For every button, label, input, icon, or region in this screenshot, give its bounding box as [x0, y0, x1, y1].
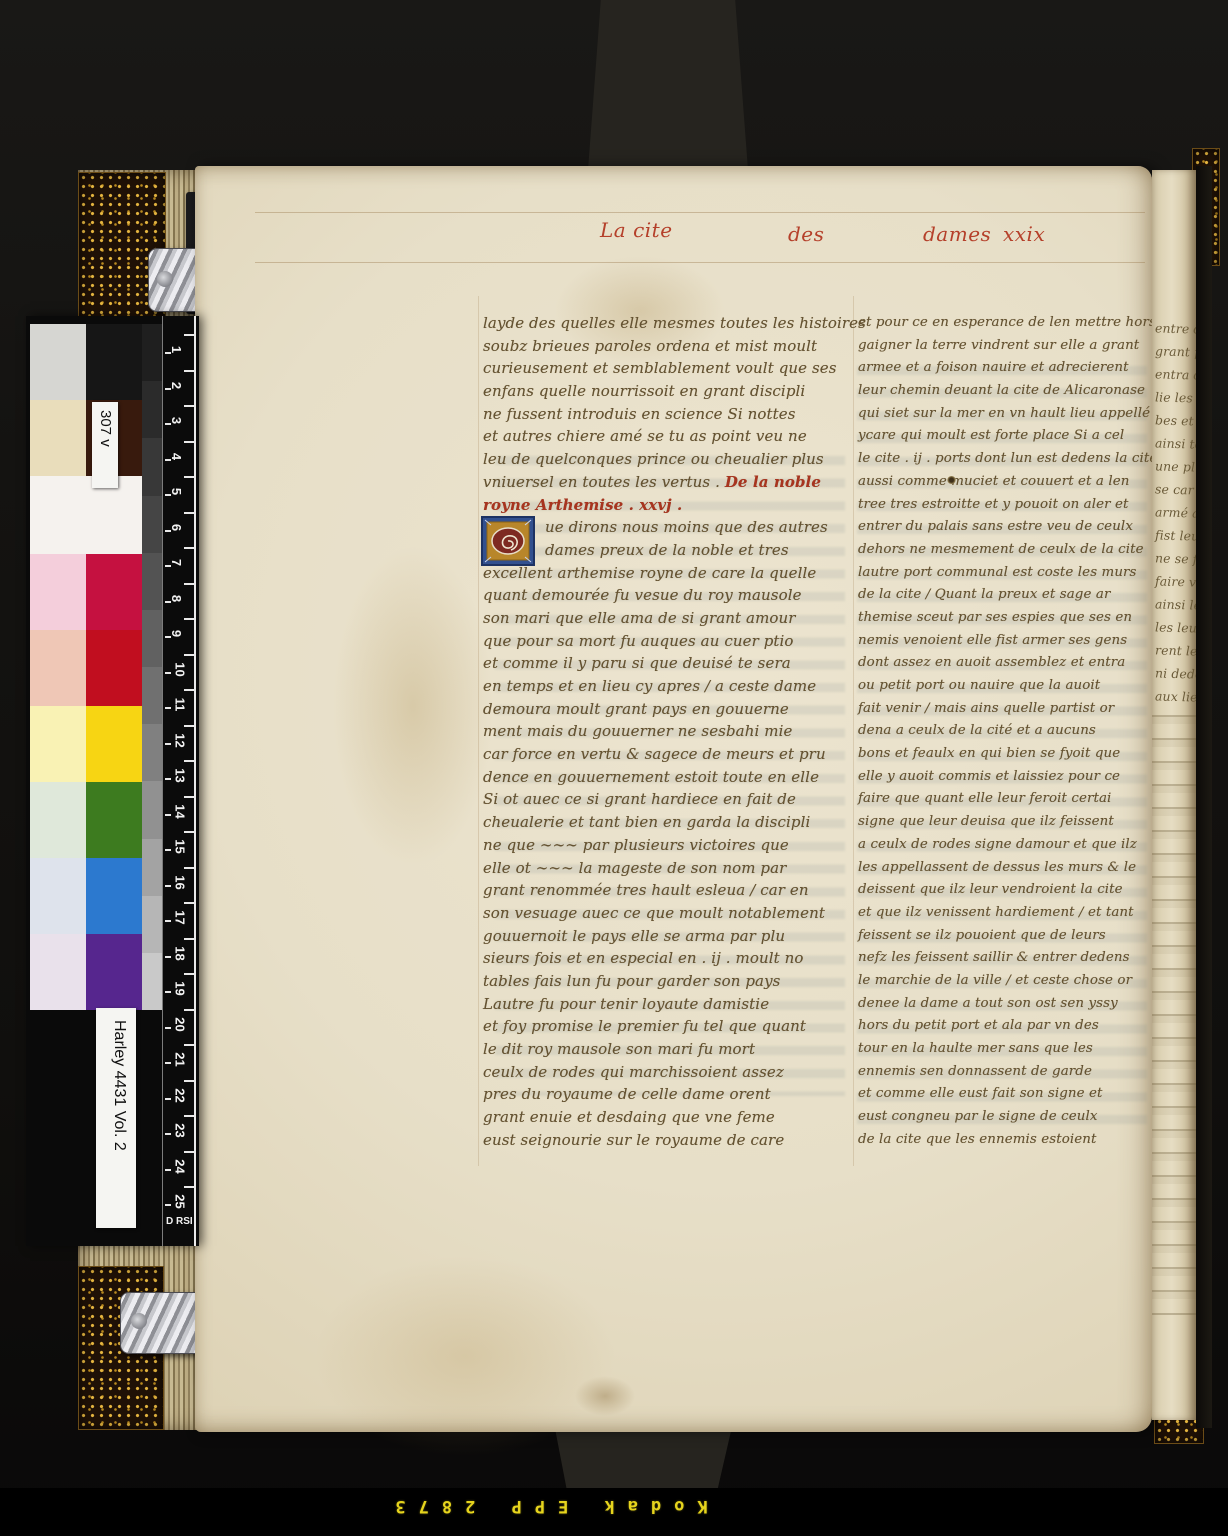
ruler-tick: [165, 1169, 171, 1171]
ruler-number: 22: [173, 1088, 188, 1102]
ruling-line: [255, 212, 1145, 213]
ruler-tick: [165, 1133, 171, 1135]
rubric-inline: De la noble: [725, 473, 821, 491]
ruler-tick: [165, 920, 171, 922]
fragment-line: lie les rodes de r: [1155, 385, 1196, 409]
ruler-tick: [165, 352, 171, 354]
text-line: bons et feaulx en qui bien se fyoit que: [858, 743, 1156, 766]
color-patch-red: [86, 630, 142, 706]
text-line: les appellassent de dessus les murs & le: [858, 857, 1156, 880]
ruler-number: 3: [169, 417, 184, 424]
color-patch-purple: [86, 934, 142, 1010]
text-line: et que ilz venissent hardiement / et tan…: [858, 902, 1156, 925]
text-line: et comme il y paru si que deuisé te sera: [483, 652, 861, 675]
parchment-stain: [333, 546, 493, 866]
ruler-number: 25: [173, 1194, 188, 1208]
fragment-line: ne se fussent leu: [1155, 546, 1196, 570]
ruler-number: 20: [173, 1017, 188, 1031]
fragment-line: fist leuer en hau: [1155, 523, 1196, 547]
text-line: enfans quelle nourrissoit en grant disci…: [483, 380, 861, 403]
ruler-number: 12: [173, 733, 188, 747]
grayscale-step: [142, 381, 162, 439]
text-line: en temps et en lieu cy apres / a ceste d…: [483, 675, 861, 698]
ruler-tick: [165, 601, 171, 603]
text-line: dames preux de la noble et tres: [483, 539, 861, 562]
ruler-tick: [184, 867, 194, 869]
fragment-line: entre dedens ta: [1155, 316, 1196, 340]
ruler-number: 7: [169, 559, 184, 566]
text-line: tables fais lun fu pour garder son pays: [483, 970, 861, 993]
text-line: ue dirons nous moins que des autres: [483, 516, 861, 539]
color-patch-pale-yellow: [30, 706, 86, 782]
text-line: qui siet sur la mer en vn hault lieu app…: [858, 403, 1156, 426]
text-line: ennemis sen donnassent de garde: [858, 1061, 1156, 1084]
ruler-number: 13: [173, 768, 188, 782]
ruler-scale: 1234567891011121314151617181920212223242…: [163, 316, 199, 1246]
next-folio-text-texture: [1152, 715, 1196, 1315]
text-line: nefz les feissent saillir & entrer deden…: [858, 947, 1156, 970]
text-line: eust congneu par le signe de ceulx: [858, 1106, 1156, 1129]
ruler-number: 1: [169, 346, 184, 353]
ruler-tick: [184, 1080, 194, 1082]
color-patch-cream: [30, 400, 86, 476]
text-line: grant enuie et desdaing que vne feme: [483, 1106, 861, 1129]
text-column-1: layde des quelles elle mesmes toutes les…: [483, 312, 861, 1151]
ruler-tick: [165, 1098, 171, 1100]
gutter-shadow: [1196, 166, 1212, 1428]
ruler-tick: [165, 1027, 171, 1029]
shelfmark-label-text: Harley 4431 Vol. 2: [110, 1020, 128, 1151]
text-line: leur chemin deuant la cite de Alicaronas…: [858, 380, 1156, 403]
ruler-tick: [184, 476, 194, 478]
color-bar-patches: [30, 324, 142, 1010]
shelfmark-label: Harley 4431 Vol. 2: [96, 1008, 136, 1228]
ruler-tick: [184, 938, 194, 940]
ruler-tick: [165, 707, 171, 709]
folio-label: 307 v: [92, 402, 118, 488]
ruler-number: 18: [173, 946, 188, 960]
text-line: Si ot auec ce si grant hardiece en fait …: [483, 788, 861, 811]
ruler-tick: [184, 334, 194, 336]
ruler-tick: [184, 796, 194, 798]
ruler-tick: [184, 405, 194, 407]
text-line: excellent arthemise royne de care la que…: [483, 562, 861, 585]
ruler-tick: [165, 1062, 171, 1064]
grayscale-step: [142, 667, 162, 725]
ruler-tick: [184, 618, 194, 620]
ruler-tick: [165, 388, 171, 390]
text-line: et foy promise le premier fu tel que qua…: [483, 1015, 861, 1038]
text-line: nemis venoient elle fist armer ses gens: [858, 630, 1156, 653]
fragment-line: une plus gran: [1155, 454, 1196, 478]
ruler-number: 11: [172, 698, 187, 712]
ruler-tick: [184, 1151, 194, 1153]
text-line: cheualerie et tant bien en garda la disc…: [483, 811, 861, 834]
color-patch-pale-green: [30, 782, 86, 858]
parchment-stain: [575, 1376, 635, 1416]
ruler-tick: [184, 1186, 194, 1188]
text-line: le cite . ij . ports dont lun est dedens…: [858, 448, 1156, 471]
fragment-line: ainsi tous les: [1155, 431, 1196, 455]
fragment-line: rent leur port: [1155, 638, 1196, 662]
text-line: denee la dame a tout son ost sen yssy: [858, 993, 1156, 1016]
text-line: tree tres estroitte et y pouoit on aler …: [858, 494, 1156, 517]
ruler-tick: [184, 760, 194, 762]
ruler-tick: [165, 778, 171, 780]
text-line: themise sceut par ses espies que ses en: [858, 607, 1156, 630]
photo-backdrop: La cite des dames xxix layde des quelles…: [0, 0, 1228, 1536]
ruler-tick: [165, 849, 171, 851]
ruler-tick: [184, 370, 194, 372]
ruler-number: 17: [173, 910, 188, 924]
ruler-number: 19: [173, 981, 188, 995]
text-line: car force en vertu & sagece de meurs et …: [483, 743, 861, 766]
text-line: son mari que elle ama de si grant amour: [483, 607, 861, 630]
ruler-number: 8: [169, 594, 184, 601]
text-line: quant demourée fu vesue du roy mausole: [483, 584, 861, 607]
ruling-line: [255, 262, 1145, 263]
color-patch-pale-blue: [30, 858, 86, 934]
ruler-number: 4: [169, 452, 184, 459]
ruler-number: 21: [173, 1052, 188, 1066]
clip-screw-icon: [131, 1313, 147, 1329]
text-line: elle y auoit commis et laissiez pour ce: [858, 766, 1156, 789]
ruler-tick: [184, 441, 194, 443]
text-line: ycare qui moult est forte place Si a cel: [858, 425, 1156, 448]
rubric-line: royne Arthemise . xxvj .: [483, 494, 861, 517]
text-line: hors du petit port et ala par vn des: [858, 1015, 1156, 1038]
text-line: soubz brieues paroles ordena et mist mou…: [483, 335, 861, 358]
text-line: faire que quant elle leur feroit certai: [858, 788, 1156, 811]
ruler-tick: [184, 973, 194, 975]
ruler-tick: [184, 831, 194, 833]
text-line: ou petit port ou nauire que la auoit: [858, 675, 1156, 698]
ruler-tick: [184, 583, 194, 585]
ruler-tick: [184, 654, 194, 656]
color-patch-pale-pink: [30, 554, 86, 630]
film-edge-print: Kodak EPP 2873: [290, 1496, 800, 1516]
grayscale-step: [142, 781, 162, 839]
grayscale-step: [142, 724, 162, 782]
color-patch-light-gray: [30, 324, 86, 400]
ruler-number: 9: [169, 630, 184, 637]
text-line: ne fussent introduis en science Si notte…: [483, 403, 861, 426]
text-line: de la cite / Quant la preux et sage ar: [858, 584, 1156, 607]
color-patch-yellow: [86, 706, 142, 782]
fragment-line: ni dedens et o: [1155, 661, 1196, 685]
text-line: sieurs fois et en especial en . ij . mou…: [483, 947, 861, 970]
fragment-line: ainsi les vindre: [1155, 592, 1196, 616]
running-header-des: des: [788, 222, 824, 246]
ruler-number: 16: [173, 875, 188, 889]
text-line-with-rubric: vniuersel en toutes les vertus . De la n…: [483, 471, 861, 494]
text-line: deissent que ilz leur vendroient la cite: [858, 879, 1156, 902]
color-patch-white: [30, 476, 142, 554]
ruler-tick: [165, 459, 171, 461]
grayscale-step: [142, 496, 162, 554]
clip-screw-icon: [157, 271, 173, 287]
ruler-number: 10: [173, 662, 188, 676]
ruling-line: [478, 296, 479, 1166]
grayscale-step: [142, 896, 162, 954]
ruler-tick: [165, 814, 171, 816]
text-line: son vesuage auec ce que moult notablemen…: [483, 902, 861, 925]
felt-wedge-top: [588, 0, 748, 170]
ruler-tick: [184, 902, 194, 904]
ruler-tick: [165, 565, 171, 567]
text-line: gaigner la terre vindrent sur elle a gra…: [858, 335, 1156, 358]
ruler-tick: [165, 672, 171, 674]
next-folio-text-fragments: entre dedens tagrant port et preentra de…: [1155, 317, 1196, 708]
text-line: signe que leur deuisa que ilz feissent: [858, 811, 1156, 834]
color-patch-pale-peach: [30, 630, 86, 706]
ruler-tick: [184, 1115, 194, 1117]
color-patch-black: [86, 324, 142, 400]
text-line: layde des quelles elle mesmes toutes les…: [483, 312, 861, 335]
text-line: lautre port communal est coste les murs: [858, 562, 1156, 585]
ruler-tick: [165, 636, 171, 638]
text-line: gouuernoit le pays elle se arma par plu: [483, 925, 861, 948]
ruler-number: 6: [169, 523, 184, 530]
folio-label-text: 307 v: [97, 410, 114, 447]
fragment-line: grant port et pre: [1155, 339, 1196, 363]
text-line: ceulx de rodes qui marchissoient assez: [483, 1061, 861, 1084]
text-line: ne que ∼∼∼ par plusieurs victoires que: [483, 834, 861, 857]
text-line: Lautre fu pour tenir loyaute damistie: [483, 993, 861, 1016]
ruler-number: 2: [169, 381, 184, 388]
text-line: elle ot ∼∼∼ la mageste de son nom par: [483, 857, 861, 880]
fragment-line: bes et elle auec: [1155, 408, 1196, 432]
text-line: entrer du palais sans estre veu de ceulx: [858, 516, 1156, 539]
next-folio-edge: entre dedens tagrant port et preentra de…: [1152, 170, 1196, 1420]
fragment-line: armé a tout so: [1155, 500, 1196, 524]
illuminated-initial-q: [481, 516, 535, 566]
fragment-line: les leur furent: [1155, 615, 1196, 639]
running-header-dames: dames: [923, 222, 991, 246]
ruler-number: 24: [173, 1159, 188, 1173]
color-patch-blue: [86, 858, 142, 934]
grayscale-step: [142, 953, 162, 1011]
text-line: ment mais du gouuerner ne sesbahi mie: [483, 720, 861, 743]
text-line: dehors ne mesmement de ceulx de la cite: [858, 539, 1156, 562]
running-header-chapter-number: xxix: [1003, 222, 1045, 246]
grayscale-step: [142, 839, 162, 897]
text-line: fait venir / mais ains quelle partist or: [858, 698, 1156, 721]
grayscale-step: [142, 610, 162, 668]
ruler-tick: [184, 547, 194, 549]
grayscale-step: [142, 324, 162, 382]
fragment-line: faire victorieux: [1155, 569, 1196, 593]
ruler-tick: [184, 512, 194, 514]
parchment-stain: [315, 1256, 615, 1456]
grayscale-wedge: [142, 324, 162, 1010]
running-header-la-cite: La cite: [600, 218, 673, 242]
text-line: demoura moult grant pays en gouuerne: [483, 698, 861, 721]
text-line: dont assez en auoit assemblez et entra: [858, 652, 1156, 675]
text-line: que pour sa mort fu auques au cuer ptio: [483, 630, 861, 653]
ruler-number: 15: [173, 839, 188, 853]
ruler-number: 23: [173, 1123, 188, 1137]
ruler-number: 5: [169, 488, 184, 495]
color-bar: 1234567891011121314151617181920212223242…: [26, 316, 198, 1246]
ruler-tick: [165, 1204, 171, 1206]
text-line: eust seignourie sur le royaume de care: [483, 1129, 861, 1152]
text-line: leu de quelconques prince ou cheualier p…: [483, 448, 861, 471]
ruler-tick: [165, 991, 171, 993]
color-patch-pale-lavender: [30, 934, 86, 1010]
text-line: feissent se ilz pouoient que de leurs: [858, 925, 1156, 948]
text-line: a ceulx de rodes signe damour et que ilz: [858, 834, 1156, 857]
fragment-line: entra dedens la: [1155, 362, 1196, 386]
parchment-hole: [947, 476, 956, 484]
text-line: et autres chiere amé se tu as point veu …: [483, 425, 861, 448]
text-line: le dit roy mausole son mari fu mort: [483, 1038, 861, 1061]
ruler-tick: [165, 423, 171, 425]
grayscale-step: [142, 553, 162, 611]
fragment-line: aux lieux du: [1155, 684, 1196, 708]
ruler: 1234567891011121314151617181920212223242…: [162, 316, 199, 1246]
grayscale-step: [142, 438, 162, 496]
ruler-tick: [184, 689, 194, 691]
text-line: de la cite que les ennemis estoient: [858, 1129, 1156, 1152]
ruler-tick: [165, 530, 171, 532]
ruler-tick: [165, 494, 171, 496]
ruler-footer: D RSI: [166, 1216, 193, 1227]
ruler-tick: [184, 1009, 194, 1011]
fragment-line: se car elle entra: [1155, 477, 1196, 501]
text-line: dena a ceulx de la cité et a aucuns: [858, 720, 1156, 743]
ruler-tick: [165, 743, 171, 745]
text-column-2: et pour ce en esperance de len mettre ho…: [858, 312, 1156, 1151]
manuscript-page: La cite des dames xxix layde des quelles…: [195, 166, 1152, 1432]
text-line: le marchie de la ville / et ceste chose …: [858, 970, 1156, 993]
ruler-number: 14: [173, 804, 188, 818]
color-patch-green: [86, 782, 142, 858]
text-line: grant renommée tres hault esleua / car e…: [483, 879, 861, 902]
text-line: et pour ce en esperance de len mettre ho…: [858, 312, 1156, 335]
ruler-tick: [184, 725, 194, 727]
color-patch-crimson: [86, 554, 142, 630]
ruler-tick: [165, 956, 171, 958]
ruler-tick: [184, 1044, 194, 1046]
text-line: curieusement et semblablement voult que …: [483, 357, 861, 380]
ruler-tick: [165, 885, 171, 887]
text-line: pres du royaume de celle dame orent: [483, 1083, 861, 1106]
text-line: dence en gouuernement estoit toute en el…: [483, 766, 861, 789]
text-line: armee et a foison nauire et adrecierent: [858, 357, 1156, 380]
text-line: aussi comme muciet et couuert et a len: [858, 471, 1156, 494]
text-line: et comme elle eust fait son signe et: [858, 1083, 1156, 1106]
text-line: tour en la haulte mer sans que les: [858, 1038, 1156, 1061]
